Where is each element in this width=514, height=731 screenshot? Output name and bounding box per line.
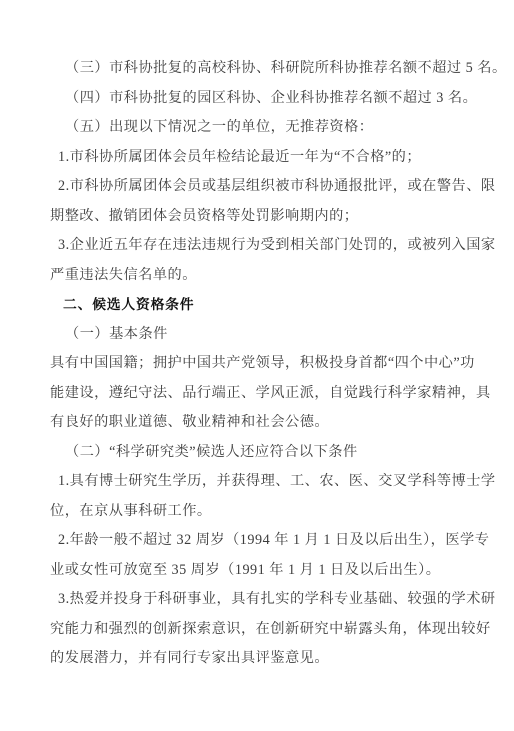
document-page: （三）市科协批复的高校科协、科研院所科协推荐名额不超过 5 名。 （四）市科协批… [0, 0, 514, 731]
text-line: 3.热爱并投身于科研事业，具有扎实的学科专业基础、较强的学术研 [50, 585, 468, 615]
text-line: （二）“科学研究类”候选人还应符合以下条件 [50, 438, 468, 468]
text-line: （三）市科协批复的高校科协、科研院所科协推荐名额不超过 5 名。 [50, 54, 468, 84]
section-heading: 二、候选人资格条件 [50, 290, 468, 320]
text-line: 2.市科协所属团体会员或基层组织被市科协通报批评，或在警告、限 [50, 172, 468, 202]
text-line: 位，在京从事科研工作。 [50, 497, 468, 527]
text-line: 能建设，遵纪守法、品行端正、学风正派，自觉践行科学家精神，具 [50, 379, 468, 409]
text-line: 1.具有博士研究生学历，并获得理、工、农、医、交叉学科等博士学 [50, 467, 468, 497]
text-line: 期整改、撤销团体会员资格等处罚影响期内的； [50, 202, 468, 232]
text-line: 1.市科协所属团体会员年检结论最近一年为“不合格”的； [50, 143, 468, 173]
text-line: （四）市科协批复的园区科协、企业科协推荐名额不超过 3 名。 [50, 84, 468, 114]
text-line: 3.企业近五年存在违法违规行为受到相关部门处罚的，或被列入国家 [50, 231, 468, 261]
text-line: 严重违法失信名单的。 [50, 261, 468, 291]
text-line: （一）基本条件 [50, 320, 468, 350]
text-line: （五）出现以下情况之一的单位，无推荐资格： [50, 113, 468, 143]
text-line: 2.年龄一般不超过 32 周岁（1994 年 1 月 1 日及以后出生），医学专 [50, 526, 468, 556]
text-line: 具有中国国籍；拥护中国共产党领导，积极投身首都“四个中心”功 [50, 349, 468, 379]
text-line: 究能力和强烈的创新探索意识，在创新研究中崭露头角，体现出较好 [50, 615, 468, 645]
text-line: 有良好的职业道德、敬业精神和社会公德。 [50, 408, 468, 438]
text-line: 业或女性可放宽至 35 周岁（1991 年 1 月 1 日及以后出生）。 [50, 556, 468, 586]
text-line: 的发展潜力，并有同行专家出具评鉴意见。 [50, 644, 468, 674]
